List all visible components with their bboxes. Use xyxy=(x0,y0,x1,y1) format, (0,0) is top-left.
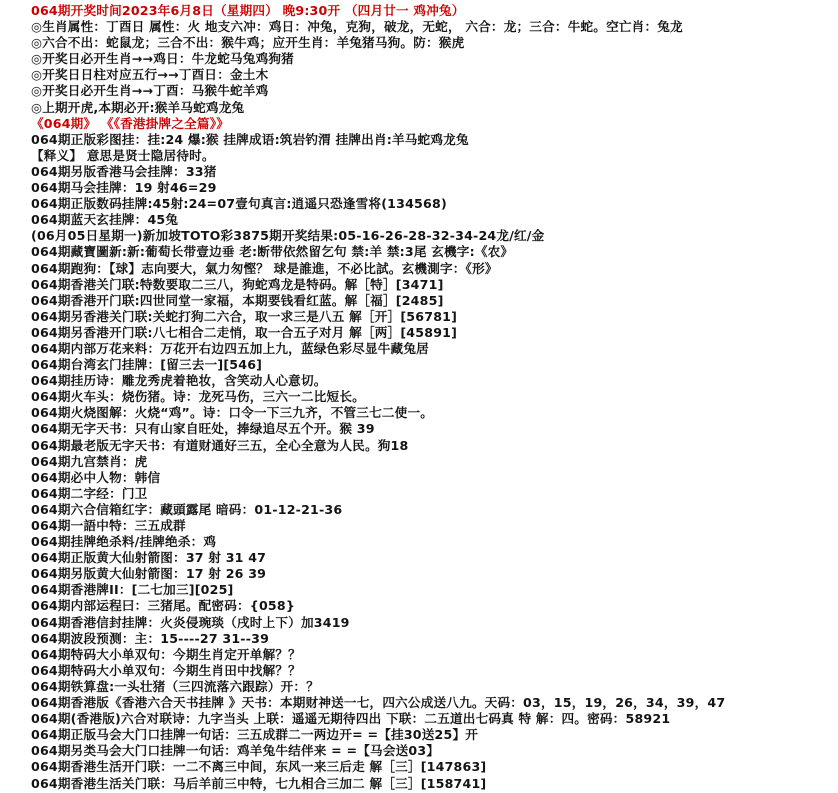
text-line: 064期另版黄大仙射箭图：17 射 26 39 xyxy=(31,566,832,582)
text-line: 064期蓝天玄挂牌：45兔 xyxy=(31,212,832,228)
text-line: 064期另香港关门联:关蛇打狗二六合，取一求三是八五 解［开］[56781] xyxy=(31,309,832,325)
text-line: 064期特码大小单双句：今期生肖田中找解？？ xyxy=(31,663,832,679)
text-line: 064期最老版无字天书：有道财通好三五，全心全意为人民。狗18 xyxy=(31,438,832,454)
text-line: 064期正版数码挂牌:45射:24=07壹句真言:逍遥只恐逢雪将(134568) xyxy=(31,196,832,212)
text-line: 064期一語中特：三五成群 xyxy=(31,518,832,534)
text-line: 【释义】 意思是贤士隐居待时。 xyxy=(31,148,832,164)
text-line: 064期马会挂牌：19 射46=29 xyxy=(31,180,832,196)
text-line: 064期火车头：烧伤猪。诗：龙死马伤，三六一二比短长。 xyxy=(31,389,832,405)
text-line: (06月05日星期一)新加坡TOTO彩3875期开奖结果:05-16-26-28… xyxy=(31,228,832,244)
text-line: ◎生肖属性：丁酉日 属性：火 地支六冲：鸡日：冲兔，克狗，破龙，无蛇， 六合：龙… xyxy=(31,19,832,35)
text-line: 064期香港版《香港六合天书挂牌 》天书：本期财神送一七，四六公成送八九。天码：… xyxy=(31,695,832,711)
text-line: 064期另类马会大门口挂牌一句话：鸡羊兔牛结伴来 = =【马会送03】 xyxy=(31,743,832,759)
text-line: 064期香港牌II：[二七加三][025] xyxy=(31,582,832,598)
text-line: 064期六合信箱红字：藏頭露尾 暗码：01-12-21-36 xyxy=(31,502,832,518)
text-line: 064期(香港版)六合对联诗：九字当头 上联：遥遥无期待四出 下联：二五道出七码… xyxy=(31,711,832,727)
text-line: 064期正版黄大仙射箭图：37 射 31 47 xyxy=(31,550,832,566)
text-line: 《064期》 《《香港掛牌之全篇》》 xyxy=(31,116,832,132)
text-line: 064期九宫禁肖：虎 xyxy=(31,454,832,470)
text-line: 064期香港生活关门联：马后羊前三中特，七九相合三加二 解［三］[158741] xyxy=(31,776,832,792)
text-line: ◎六合不出：蛇鼠龙；三合不出：猴牛鸡；应开生肖：羊兔猪马狗。防：猴虎 xyxy=(31,35,832,51)
text-line: ◎开奖日必开生肖→→鸡日：牛龙蛇马兔鸡狗猪 xyxy=(31,51,832,67)
text-line: 064期台湾玄门挂牌：[留三去一][546] xyxy=(31,357,832,373)
text-lines-container: 064期开奖时间2023年6月8日（星期四） 晚9:30开 （四月廿一 鸡冲兔）… xyxy=(31,3,832,792)
text-line: 064期必中人物：韩信 xyxy=(31,470,832,486)
text-line: 064期二字经：门卫 xyxy=(31,486,832,502)
text-line: 064期藏寶圖新:新:葡萄长带壹边垂 老:断带依然留乞句 禁:羊 禁:3尾 玄機… xyxy=(31,244,832,260)
text-line: 064期铁算盘:一头壮猪（三四流落六跟踪）开：？ xyxy=(31,679,832,695)
text-line: 064期无字天书：只有山家自旺处，捧绿追尽五个开。猴 39 xyxy=(31,421,832,437)
text-line: 064期正版马会大门口挂牌一句话：三五成群二一两边开= =【挂30送25】开 xyxy=(31,727,832,743)
text-line: 064期挂历诗：雕龙秀虎着艳妆，含笑动人心意切。 xyxy=(31,373,832,389)
text-line: 064期香港生活开门联：一二不离三中间，东风一来三后走 解［三］[147863] xyxy=(31,759,832,775)
text-line: ◎开奖日日柱对应五行→→丁酉日：金土木 xyxy=(31,67,832,83)
text-line: 064期开奖时间2023年6月8日（星期四） 晚9:30开 （四月廿一 鸡冲兔） xyxy=(31,3,832,19)
text-line: 064期特码大小单双句：今期生肖定开单解？？ xyxy=(31,647,832,663)
lottery-tips-document: 064期开奖时间2023年6月8日（星期四） 晚9:30开 （四月廿一 鸡冲兔）… xyxy=(0,0,838,792)
text-line: 064期正版彩图挂：挂:24 爆:猴 挂牌成语:筑岩钓渭 挂牌出肖:羊马蛇鸡龙兔 xyxy=(31,132,832,148)
text-line: 064期另版香港马会挂牌：33猪 xyxy=(31,164,832,180)
text-line: ◎上期开虎,本期必开:猴羊马蛇鸡龙兔 xyxy=(31,100,832,116)
text-line: 064期内部运程曰：三猪尾。配密码：{058} xyxy=(31,598,832,614)
text-line: 064期内部万花来料：万花开右边四五加上九，蓝绿色彩尽显牛藏兔居 xyxy=(31,341,832,357)
text-line: ◎开奖日必开生肖→→丁酉：马猴牛蛇羊鸡 xyxy=(31,83,832,99)
text-line: 064期香港关门联:特数要取二三八，狗蛇鸡龙是特码。解［特］[3471] xyxy=(31,277,832,293)
text-line: 064期挂牌绝杀料/挂牌绝杀：鸡 xyxy=(31,534,832,550)
text-line: 064期另香港开门联:八七相合二走悄，取一合五子对月 解［两］[45891] xyxy=(31,325,832,341)
text-line: 064期火烧图解：火烧“鸡”。诗：口令一下三九齐，不管三七二使一。 xyxy=(31,405,832,421)
text-line: 064期香港信封挂牌：火炎侵琬琰（戌时上下）加3419 xyxy=(31,615,832,631)
text-line: 064期跑狗：【球】志向要大，氣力匆慳？ 球是誰進，不必比試。玄機測字：《形》 xyxy=(31,261,832,277)
text-line: 064期波段预测：主：15----27 31--39 xyxy=(31,631,832,647)
text-line: 064期香港开门联:四世同堂一家福，本期要钱看红蓝。解［福］[2485] xyxy=(31,293,832,309)
